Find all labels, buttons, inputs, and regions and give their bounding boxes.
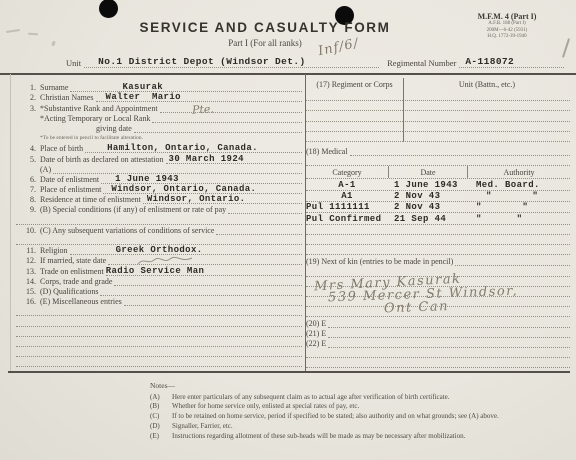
medical-table-header: Category Date Authority	[306, 166, 570, 179]
note-item: (E) Instructions regarding allotment of …	[150, 432, 570, 440]
dotted-line	[306, 358, 570, 368]
unit-value: No.1 District Depot (Windsor Det.)	[98, 56, 305, 67]
date-header: Date	[388, 166, 468, 178]
authority-header: Authority	[468, 168, 570, 177]
notes-heading: Notes—	[150, 381, 570, 390]
pencil-smudge	[28, 33, 38, 36]
pencil-smudge	[51, 41, 56, 47]
pencil-smudge	[6, 29, 20, 33]
left-column: 1. Surname Kasurak 2. Christian Names Wa…	[14, 82, 302, 367]
unit-field: No.1 District Depot (Windsor Det.)	[84, 55, 379, 68]
notes-section: Notes— (A) Here enter particulars of any…	[150, 381, 570, 442]
note-item: (A) Here enter particulars of any subseq…	[150, 393, 570, 401]
note-item: (C) If to be retained on home service, p…	[150, 412, 570, 420]
medical-row: A-1 1 June 1943 Med. Board.	[306, 179, 570, 190]
form-code-block: M.F.M. 4 (Part I) A.F.B. 188 (Part I) 20…	[452, 12, 562, 41]
horizontal-rule-bottom	[8, 371, 570, 373]
dotted-line	[14, 357, 302, 367]
regimental-number-field: A-118072	[459, 55, 564, 68]
right-column: (17) Regiment or Corps Unit (Battn., etc…	[306, 78, 570, 368]
regiment-unit-row	[306, 132, 570, 142]
unit-label: Unit	[66, 58, 81, 68]
unit-line: Unit No.1 District Depot (Windsor Det.) …	[66, 55, 564, 68]
note-item: (D) Signaller, Farrier, etc.	[150, 422, 570, 430]
dotted-line	[306, 156, 570, 166]
field-giving-date: giving date	[14, 123, 302, 133]
category-header: Category	[306, 168, 388, 177]
regimental-number-label: Regimental Number	[387, 58, 456, 68]
form-title: SERVICE AND CASUALTY FORM	[110, 20, 420, 35]
medical-row: A1 2 Nov 43 " "	[306, 191, 570, 202]
form-subtitle: Part I (For all ranks)	[110, 38, 420, 48]
punch-hole-icon	[99, 0, 118, 18]
regimental-number-value: A-118072	[465, 56, 514, 67]
note-item: (B) Whether for home service only, enlis…	[150, 402, 570, 410]
next-of-kin-handwriting: Mrs Mary Kasurak 539 Mercer St Windsor, …	[314, 274, 518, 314]
horizontal-rule-top	[0, 73, 576, 75]
medical-row: Pul 1111111 2 Nov 43 " "	[306, 202, 570, 213]
scanned-service-casualty-form: SERVICE AND CASUALTY FORM Part I (For al…	[0, 0, 576, 460]
form-ref: H.Q. 1772-39-1940	[452, 34, 562, 41]
left-border	[10, 74, 11, 371]
form-code: M.F.M. 4 (Part I)	[478, 12, 537, 21]
